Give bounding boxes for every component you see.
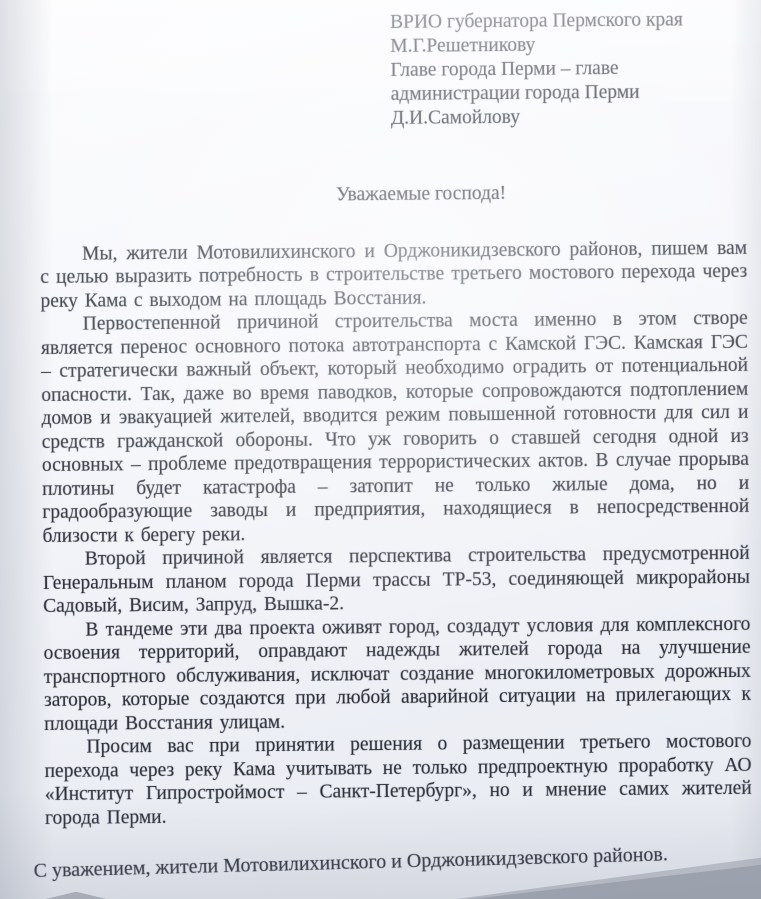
- closing-line: С уважением, жители Мотовилихинского и О…: [33, 842, 733, 883]
- recipient-line: ВРИО губернатора Пермского края: [390, 8, 745, 35]
- paragraph: Второй причиной является перспектива стр…: [43, 542, 751, 619]
- paragraph: Мы, жители Мотовилихинского и Орджоникид…: [40, 236, 748, 313]
- letter-body: ВРИО губернатора Пермского края М.Г.Реше…: [38, 8, 752, 830]
- paragraph: В тандеме эти два проекта оживят город, …: [43, 612, 751, 736]
- recipient-line: Д.И.Самойлову: [391, 104, 746, 131]
- recipient-line: Главе города Перми – главе: [390, 56, 745, 83]
- paragraph: Первостепенной причиной строительства мо…: [41, 307, 750, 548]
- paragraph: Просим вас при принятии решения о размещ…: [44, 730, 752, 830]
- photographed-letter: ВРИО губернатора Пермского края М.Г.Реше…: [0, 0, 761, 899]
- recipient-block: ВРИО губернатора Пермского края М.Г.Реше…: [390, 8, 746, 131]
- recipient-line: М.Г.Решетникову: [390, 32, 745, 59]
- letter-paragraphs: Мы, жители Мотовилихинского и Орджоникид…: [40, 236, 752, 830]
- salutation: Уважаемые господа!: [67, 180, 761, 210]
- recipient-line: администрации города Перми: [391, 80, 746, 107]
